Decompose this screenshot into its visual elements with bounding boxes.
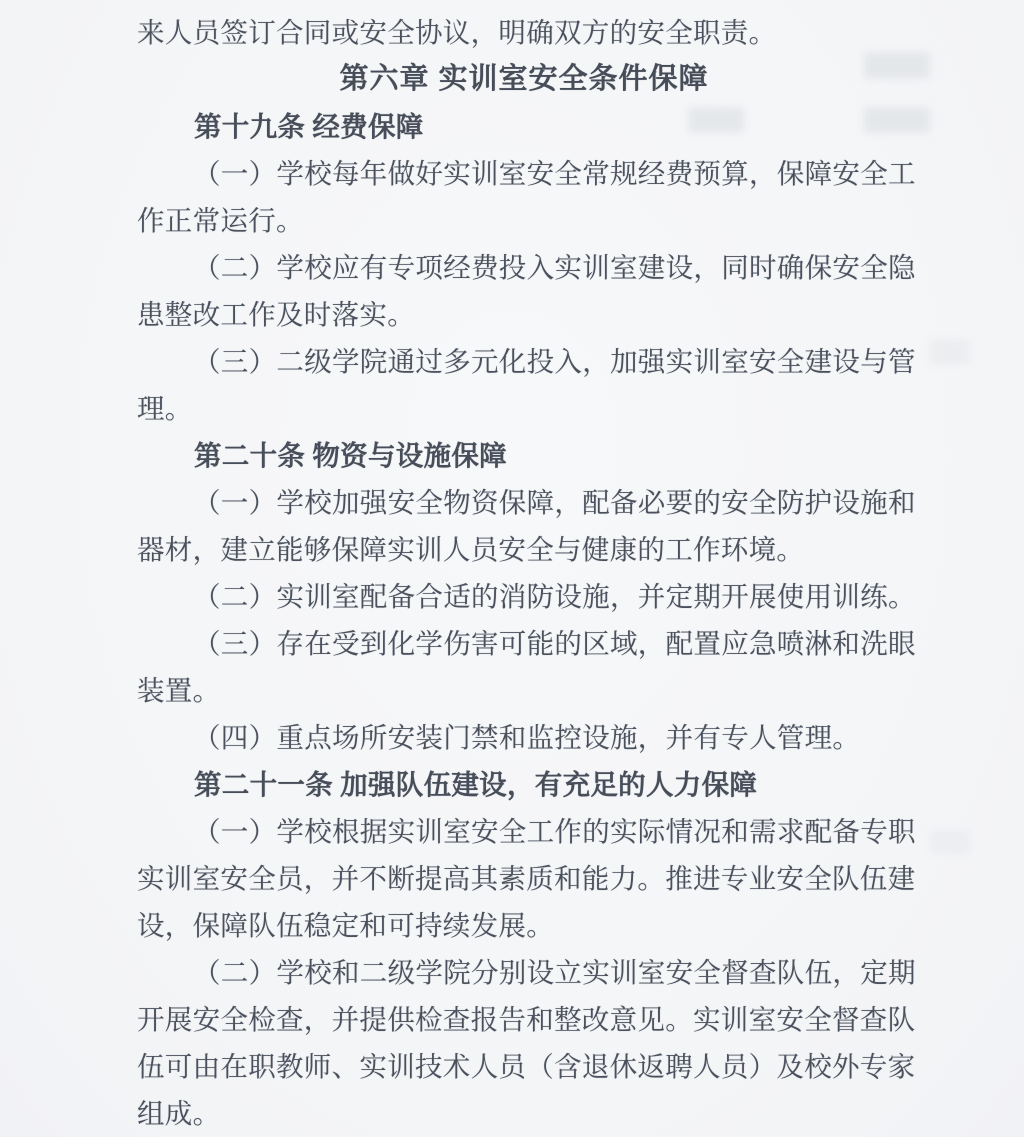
text-line: 作正常运行。 <box>137 197 911 244</box>
paragraph: （二）实训室配备合适的消防设施，并定期开展使用训练。 <box>137 573 911 620</box>
text-line: 设，保障队伍稳定和可持续发展。 <box>137 902 911 949</box>
text-line: （一）学校根据实训室安全工作的实际情况和需求配备专职 <box>137 808 911 855</box>
paragraph: （四）重点场所安装门禁和监控设施，并有专人管理。 <box>137 714 911 761</box>
chapter-heading: 第六章 实训室安全条件保障 <box>137 56 911 103</box>
text-line: （一）学校加强安全物资保障，配备必要的安全防护设施和 <box>137 479 911 526</box>
article-heading: 第十九条 经费保障 <box>137 103 911 150</box>
text-line: 开展安全检查，并提供检查报告和整改意见。实训室安全督查队 <box>137 996 911 1043</box>
text-line: 来人员签订合同或安全协议，明确双方的安全职责。 <box>137 9 911 56</box>
text-line: （二）学校和二级学院分别设立实训室安全督查队伍，定期 <box>137 949 911 996</box>
scanned-document-page: { "page": { "background_color": "#f5f6f8… <box>0 0 1024 1137</box>
text-line: 患整改工作及时落实。 <box>137 291 911 338</box>
text-line: 实训室安全员，并不断提高其素质和能力。推进专业安全队伍建 <box>137 855 911 902</box>
paragraph: （二）学校应有专项经费投入实训室建设，同时确保安全隐患整改工作及时落实。 <box>137 244 911 338</box>
text-line: 第十九条 经费保障 <box>137 103 911 150</box>
text-line: （二）实训室配备合适的消防设施，并定期开展使用训练。 <box>137 573 911 620</box>
text-line: 理。 <box>137 385 911 432</box>
text-line: 第二十条 物资与设施保障 <box>137 432 911 479</box>
text-line: 第二十一条 加强队伍建设，有充足的人力保障 <box>137 761 911 808</box>
text-line: 器材，建立能够保障实训人员安全与健康的工作环境。 <box>137 526 911 573</box>
text-line: （四）重点场所安装门禁和监控设施，并有专人管理。 <box>137 714 911 761</box>
text-line: （三）二级学院通过多元化投入，加强实训室安全建设与管 <box>137 338 911 385</box>
text-line: 组成。 <box>137 1090 911 1137</box>
scan-artifact <box>930 340 970 364</box>
paragraph: （三）二级学院通过多元化投入，加强实训室安全建设与管理。 <box>137 338 911 432</box>
article-heading: 第二十条 物资与设施保障 <box>137 432 911 479</box>
paragraph: （一）学校每年做好实训室安全常规经费预算，保障安全工作正常运行。 <box>137 150 911 244</box>
article-heading: 第二十一条 加强队伍建设，有充足的人力保障 <box>137 761 911 808</box>
text-line: （一）学校每年做好实训室安全常规经费预算，保障安全工 <box>137 150 911 197</box>
document-text-area: 来人员签订合同或安全协议，明确双方的安全职责。第六章 实训室安全条件保障第十九条… <box>137 9 911 1137</box>
paragraph: （二）学校和二级学院分别设立实训室安全督查队伍，定期开展安全检查，并提供检查报告… <box>137 949 911 1137</box>
paragraph: （三）存在受到化学伤害可能的区域，配置应急喷淋和洗眼装置。 <box>137 620 911 714</box>
text-line: （三）存在受到化学伤害可能的区域，配置应急喷淋和洗眼 <box>137 620 911 667</box>
paragraph: （一）学校根据实训室安全工作的实际情况和需求配备专职实训室安全员，并不断提高其素… <box>137 808 911 949</box>
text-line: 装置。 <box>137 667 911 714</box>
text-line: （二）学校应有专项经费投入实训室建设，同时确保安全隐 <box>137 244 911 291</box>
text-line: 伍可由在职教师、实训技术人员（含退休返聘人员）及校外专家 <box>137 1043 911 1090</box>
paragraph-continuation: 来人员签订合同或安全协议，明确双方的安全职责。 <box>137 9 911 56</box>
paragraph: （一）学校加强安全物资保障，配备必要的安全防护设施和器材，建立能够保障实训人员安… <box>137 479 911 573</box>
scan-artifact <box>930 830 970 854</box>
text-line: 第六章 实训室安全条件保障 <box>137 56 911 103</box>
